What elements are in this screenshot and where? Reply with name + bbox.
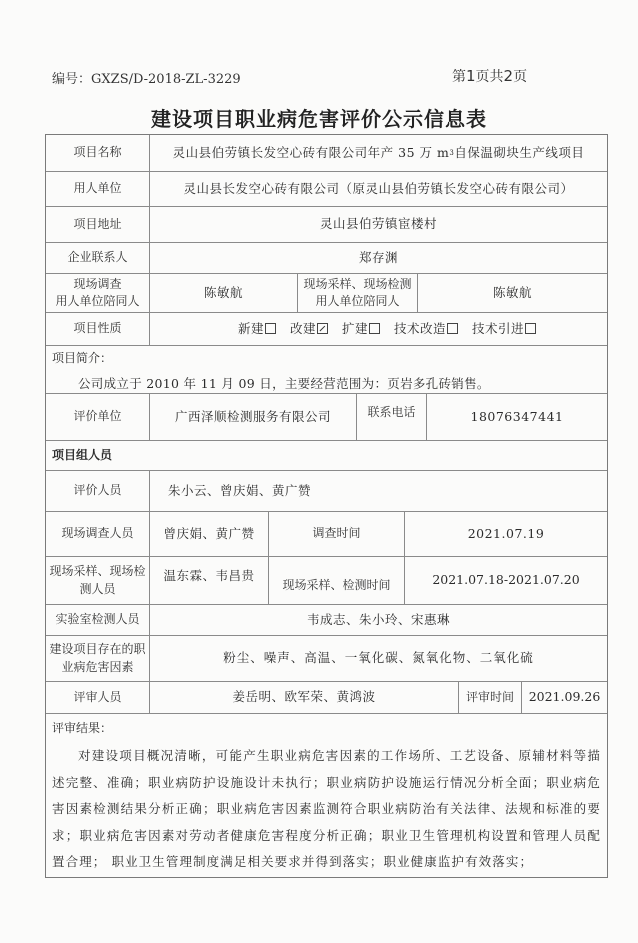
intro-block: 项目简介： 公司成立于 2010 年 11 月 09 日，主要经营范围为：页岩多…: [46, 346, 607, 393]
contact-value: 郑存渊: [149, 243, 607, 273]
row-survey-staff: 现场调查人员 曾庆娟、黄广赞 调查时间 2021.07.19: [46, 511, 607, 556]
page-prefix: 第: [452, 69, 466, 85]
nature-options: 新建 改建 扩建 技术改造 技术引进: [149, 313, 607, 345]
sampling-staff-label-2: 测人员: [79, 581, 115, 598]
page-title: 建设项目职业病危害评价公示信息表: [0, 103, 638, 132]
nature-option-label: 改建: [290, 321, 316, 336]
row-address: 项目地址 灵山县伯劳镇宦楼村: [46, 206, 607, 242]
document-code-value: GXZS/D-2018-ZL-3229: [91, 72, 241, 87]
nature-option-new[interactable]: 新建: [238, 320, 276, 338]
lab-staff-value: 韦成志、朱小玲、宋惠琳: [149, 605, 607, 635]
review-result-text: 对建设项目概况清晰，可能产生职业病危害因素的工作场所、工艺设备、原辅材料等描述完…: [52, 743, 601, 876]
intro-label: 项目简介：: [52, 350, 601, 367]
phone-label: 联系电话: [356, 394, 426, 440]
info-table: 项目名称 灵山县伯劳镇长发空心砖有限公司年产 35 万 m3自保温砌块生产线项目…: [45, 134, 608, 878]
nature-option-label: 新建: [238, 321, 264, 336]
nature-option-expand[interactable]: 扩建: [342, 320, 380, 338]
row-lab-staff: 实验室检测人员 韦成志、朱小玲、宋惠琳: [46, 604, 607, 635]
row-nature: 项目性质 新建 改建 扩建 技术改造 技术引进: [46, 312, 607, 345]
sampling-escort-value: 陈敏航: [417, 274, 607, 312]
page-suffix: 页: [513, 69, 527, 85]
hazards-label-2: 业病危害因素: [61, 659, 133, 676]
page-current: 1: [466, 67, 476, 85]
page-mid: 页共: [476, 69, 504, 85]
nature-option-tech-renovation[interactable]: 技术改造: [394, 320, 458, 338]
contact-label: 企业联系人: [46, 243, 149, 273]
row-contact: 企业联系人 郑存渊: [46, 242, 607, 273]
sampling-staff-label: 现场采样、现场检 测人员: [46, 557, 149, 604]
checkbox-icon[interactable]: [369, 323, 380, 334]
sampling-time-value: 2021.07.18-2021.07.20: [404, 557, 607, 604]
row-sampling-staff: 现场采样、现场检 测人员 温东霖、韦昌贵 现场采样、检测时间 2021.07.1…: [46, 556, 607, 604]
phone-value: 18076347441: [426, 394, 607, 440]
evaluators-value: 朱小云、曾庆娟、黄广赞: [149, 471, 607, 511]
survey-escort-label-1: 现场调查: [73, 276, 121, 293]
review-time-label: 评审时间: [458, 682, 521, 713]
reviewers-label: 评审人员: [46, 682, 149, 713]
row-escort: 现场调查 用人单位陪同人 陈敏航 现场采样、现场检测 用人单位陪同人 陈敏航: [46, 273, 607, 312]
survey-time-value: 2021.07.19: [404, 512, 607, 556]
row-project-name: 项目名称 灵山县伯劳镇长发空心砖有限公司年产 35 万 m3自保温砌块生产线项目: [46, 135, 607, 171]
evaluator-label: 评价单位: [46, 394, 149, 440]
document-code-label: 编号：: [52, 72, 91, 87]
project-name-value: 灵山县伯劳镇长发空心砖有限公司年产 35 万 m3自保温砌块生产线项目: [149, 135, 607, 171]
checkbox-icon[interactable]: [447, 323, 458, 334]
hazards-label: 建设项目存在的职 业病危害因素: [46, 636, 149, 681]
row-evaluator: 评价单位 广西泽顺检测服务有限公司 联系电话 18076347441: [46, 393, 607, 440]
checkbox-checked-icon[interactable]: [317, 323, 328, 334]
survey-staff-value: 曾庆娟、黄广赞: [149, 512, 268, 556]
employer-value: 灵山县长发空心砖有限公司（原灵山县伯劳镇长发空心砖有限公司）: [149, 172, 607, 206]
lab-staff-label: 实验室检测人员: [46, 605, 149, 635]
row-team-section: 项目组人员: [46, 440, 607, 470]
evaluators-label: 评价人员: [46, 471, 149, 511]
project-name-text-a: 灵山县伯劳镇长发空心砖有限公司年产 35 万 m: [173, 144, 450, 162]
project-name-label: 项目名称: [46, 135, 149, 171]
sampling-time-label: 现场采样、检测时间: [268, 557, 404, 604]
survey-time-label: 调查时间: [268, 512, 404, 556]
review-time-value: 2021.09.26: [521, 682, 607, 713]
nature-option-label: 扩建: [342, 321, 368, 336]
sampling-staff-value: 温东霖、韦昌贵: [149, 557, 268, 604]
survey-escort-label-2: 用人单位陪同人: [55, 293, 139, 310]
row-review-result: 评审结果： 对建设项目概况清晰，可能产生职业病危害因素的工作场所、工艺设备、原辅…: [46, 713, 607, 877]
team-section-heading: 项目组人员: [46, 441, 607, 470]
checkbox-icon[interactable]: [265, 323, 276, 334]
intro-value: 公司成立于 2010 年 11 月 09 日，主要经营范围为：页岩多孔砖销售。: [52, 375, 601, 393]
checkbox-icon[interactable]: [525, 323, 536, 334]
row-reviewers: 评审人员 姜岳明、欧军荣、黄鸿波 评审时间 2021.09.26: [46, 681, 607, 713]
survey-staff-label: 现场调查人员: [46, 512, 149, 556]
review-result-block: 评审结果： 对建设项目概况清晰，可能产生职业病危害因素的工作场所、工艺设备、原辅…: [46, 714, 607, 877]
row-intro: 项目简介： 公司成立于 2010 年 11 月 09 日，主要经营范围为：页岩多…: [46, 345, 607, 393]
page-total: 2: [504, 67, 514, 85]
page-indicator: 第1页共2页: [452, 66, 527, 86]
sampling-escort-label-1: 现场采样、现场检测: [303, 276, 411, 293]
sampling-escort-label-2: 用人单位陪同人: [315, 293, 399, 310]
employer-label: 用人单位: [46, 172, 149, 206]
nature-option-tech-import[interactable]: 技术引进: [472, 320, 536, 338]
review-result-label: 评审结果：: [52, 720, 601, 737]
reviewers-value: 姜岳明、欧军荣、黄鸿波: [149, 682, 458, 713]
hazards-label-1: 建设项目存在的职: [49, 641, 145, 658]
nature-option-rebuild[interactable]: 改建: [290, 320, 328, 338]
row-hazards: 建设项目存在的职 业病危害因素 粉尘、噪声、高温、一氧化碳、氮氧化物、二氧化硫: [46, 635, 607, 681]
sampling-staff-label-1: 现场采样、现场检: [49, 563, 145, 580]
nature-label: 项目性质: [46, 313, 149, 345]
document-code: 编号：GXZS/D-2018-ZL-3229: [52, 68, 241, 87]
project-name-text-b: 自保温砌块生产线项目: [454, 144, 584, 162]
row-employer: 用人单位 灵山县长发空心砖有限公司（原灵山县伯劳镇长发空心砖有限公司）: [46, 171, 607, 206]
hazards-value: 粉尘、噪声、高温、一氧化碳、氮氧化物、二氧化硫: [149, 636, 607, 681]
survey-escort-label: 现场调查 用人单位陪同人: [46, 274, 149, 312]
nature-option-label: 技术引进: [472, 321, 524, 336]
sampling-escort-label: 现场采样、现场检测 用人单位陪同人: [297, 274, 417, 312]
evaluator-value: 广西泽顺检测服务有限公司: [149, 394, 356, 440]
row-evaluators: 评价人员 朱小云、曾庆娟、黄广赞: [46, 470, 607, 511]
address-label: 项目地址: [46, 207, 149, 242]
survey-escort-value: 陈敏航: [149, 274, 297, 312]
nature-option-label: 技术改造: [394, 321, 446, 336]
address-value: 灵山县伯劳镇宦楼村: [149, 207, 607, 242]
